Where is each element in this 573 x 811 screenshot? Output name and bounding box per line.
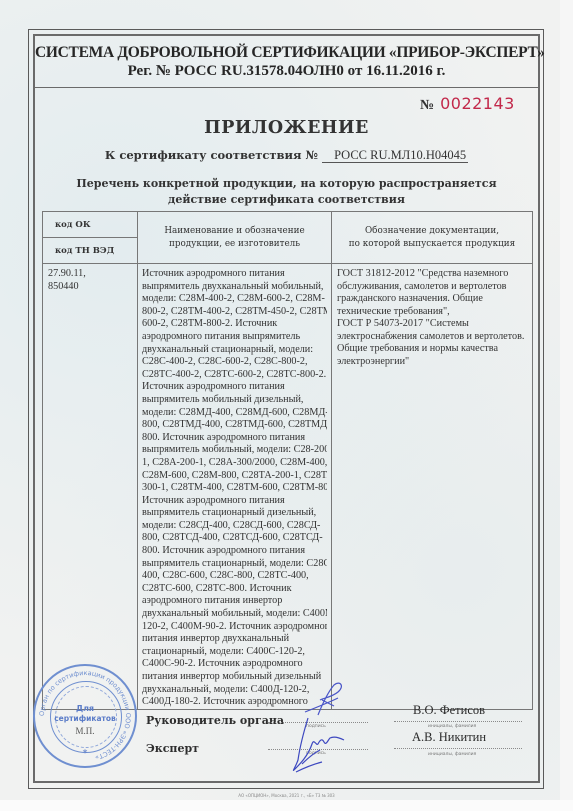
product-name-line: 800. Источник аэродромного питания [142, 432, 327, 445]
documentation-line: ГОСТ 31812-2012 "Средства наземного [337, 268, 528, 281]
product-list-title: Перечень конкретной продукции, на котору… [0, 176, 573, 208]
product-name-line: двухканальный стационарный, модели: [142, 344, 327, 357]
stamp-mp: М.П. [35, 726, 135, 736]
header-product-name: Наименование и обозначение продукции, ее… [138, 212, 332, 264]
documentation-line: гражданского назначения. Общие [337, 293, 528, 306]
product-name-line: С28ТС-400-2, С28ТС-600-2, С28ТС-800-2. [142, 369, 327, 382]
head-name: В.О. Фетисов [413, 703, 485, 718]
certification-system-header: СИСТЕМА ДОБРОВОЛЬНОЙ СЕРТИФИКАЦИИ «ПРИБО… [35, 36, 538, 88]
header-code-ok: код ОК [43, 212, 138, 238]
product-name-line: выпрямитель мобильный, модели: С28-200- [142, 444, 327, 457]
expert-signature-icon [290, 716, 350, 776]
documentation-line: Общие требования и нормы качества [337, 343, 528, 356]
product-name-line: 400, С28С-600, С28С-800, С28ТС-400, [142, 570, 327, 583]
certificate-reference: К сертификату соответствия № РОСС RU.МЛ1… [0, 148, 573, 163]
product-name-line: аэродромного питания выпрямитель [142, 331, 327, 344]
documentation-line: электроснабжения самолетов и вертолетов. [337, 331, 528, 344]
product-name-line: аэродромного питания инвертор [142, 595, 327, 608]
header-documentation-line2: по которой выпускается продукция [332, 238, 532, 251]
product-name-line: Источник аэродромного питания [142, 381, 327, 394]
head-of-body-label: Руководитель органа [146, 714, 284, 727]
code-line: 850440 [48, 281, 137, 294]
header-product-name-line2: продукции, ее изготовитель [138, 238, 331, 251]
expert-label: Эксперт [146, 742, 199, 755]
product-name-line: 300-1, С28ТМ-400, С28ТМ-600, С28ТМ-800. [142, 482, 327, 495]
table-header-row: код ОК Наименование и обозначение продук… [43, 212, 533, 238]
product-name-line: Источник аэродромного питания [142, 268, 327, 281]
product-name-line: двухканальный мобильный, модели: С400М- [142, 608, 327, 621]
product-name-line: С28С-400-2, С28С-600-2, С28С-800-2, [142, 356, 327, 369]
product-name-line: 800, С28ТСД-400, С28ТСД-600, С28ТСД- [142, 532, 327, 545]
product-name-line: модели: С28СД-400, С28СД-600, С28СД- [142, 520, 327, 533]
system-registration: Рег. № РОСС RU.31578.04ОЛН0 от 16.11.201… [35, 63, 538, 80]
product-list-title-line2: действие сертификата соответствия [0, 192, 573, 208]
documentation-line: электроэнергии" [337, 356, 528, 369]
page-title: ПРИЛОЖЕНИЕ [0, 118, 573, 138]
head-name-caption: инициалы, фамилия [428, 724, 476, 729]
header-code-tn-ved: код ТН ВЭД [43, 238, 138, 264]
cell-product-name: Источник аэродромного питаниявыпрямитель… [138, 264, 332, 710]
certificate-number: РОСС RU.МЛ10.Н04045 [322, 148, 468, 163]
official-stamp: Орган по сертификации продукции ООО «ЭРН… [33, 664, 137, 768]
page-margin-bottom [0, 800, 573, 811]
product-name-line: выпрямитель стационарный дизельный, [142, 507, 327, 520]
system-title: СИСТЕМА ДОБРОВОЛЬНОЙ СЕРТИФИКАЦИИ «ПРИБО… [35, 44, 538, 62]
product-name-line: 800. Источник аэродромного питания [142, 545, 327, 558]
expert-name: А.В. Никитин [412, 730, 486, 745]
header-documentation: Обозначение документации, по которой вып… [332, 212, 533, 264]
product-name-line: стационарный, модели: С400С-120-2, [142, 646, 327, 659]
form-number-value: 0022143 [440, 94, 515, 113]
product-name-line: 800-2, С28ТМ-400-2, С28ТМ-450-2, С28ТМ- [142, 306, 327, 319]
product-name-line: С28М-600, С28М-800, С28ТА-200-1, С28ТА- [142, 470, 327, 483]
stamp-text-2: сертификатов [35, 714, 135, 723]
cell-documentation: ГОСТ 31812-2012 "Средства наземногообслу… [332, 264, 533, 710]
number-sign: № [420, 98, 434, 113]
documentation-line: ГОСТ Р 54073-2017 "Системы [337, 318, 528, 331]
table-row: 27.90.11,850440 Источник аэродромного пи… [43, 264, 533, 710]
product-list-title-line1: Перечень конкретной продукции, на котору… [0, 176, 573, 192]
product-name-line: выпрямитель стационарный, модели: С28С- [142, 558, 327, 571]
product-name-line: 1, С28А-200-1, С28А-300/2000, С28М-400, [142, 457, 327, 470]
header-product-name-line1: Наименование и обозначение [138, 225, 331, 238]
certificate-label: К сертификату соответствия № [105, 148, 318, 162]
products-table: код ОК Наименование и обозначение продук… [42, 211, 533, 710]
product-name-line: С28ТС-600, С28ТС-800. Источник [142, 583, 327, 596]
cell-codes: 27.90.11,850440 [43, 264, 138, 710]
head-name-line [394, 721, 522, 722]
product-name-line: модели: С28М-400-2, С28М-600-2, С28М- [142, 293, 327, 306]
print-info: АО «ОПЦИОН», Москва, 2021 г., «Б» Т3 № 3… [0, 793, 573, 798]
product-name-line: питания инвертор двухканальный [142, 633, 327, 646]
product-name-line: С400С-90-2. Источник аэродромного [142, 658, 327, 671]
product-name-line: Источник аэродромного питания [142, 495, 327, 508]
expert-name-line [394, 748, 522, 749]
product-name-line: выпрямитель двухканальный мобильный, [142, 281, 327, 294]
product-name-line: выпрямитель мобильный дизельный, [142, 394, 327, 407]
star-icon: * [35, 748, 135, 759]
product-name-line: 120-2, С400М-90-2. Источник аэродромного [142, 621, 327, 634]
form-number: №0022143 [420, 94, 515, 114]
documentation-line: технические требования", [337, 306, 528, 319]
product-name-line: 600-2, С28ТМ-800-2. Источник [142, 318, 327, 331]
header-documentation-line1: Обозначение документации, [332, 225, 532, 238]
stamp-text-1: Для [35, 704, 135, 713]
product-name-line: 800, С28ТМД-400, С28ТМД-600, С28ТМД- [142, 419, 327, 432]
product-name-line: модели: С28МД-400, С28МД-600, С28МД- [142, 407, 327, 420]
code-line: 27.90.11, [48, 268, 137, 281]
expert-name-caption: инициалы, фамилия [428, 752, 476, 757]
documentation-line: обслуживания, самолетов и вертолетов [337, 281, 528, 294]
